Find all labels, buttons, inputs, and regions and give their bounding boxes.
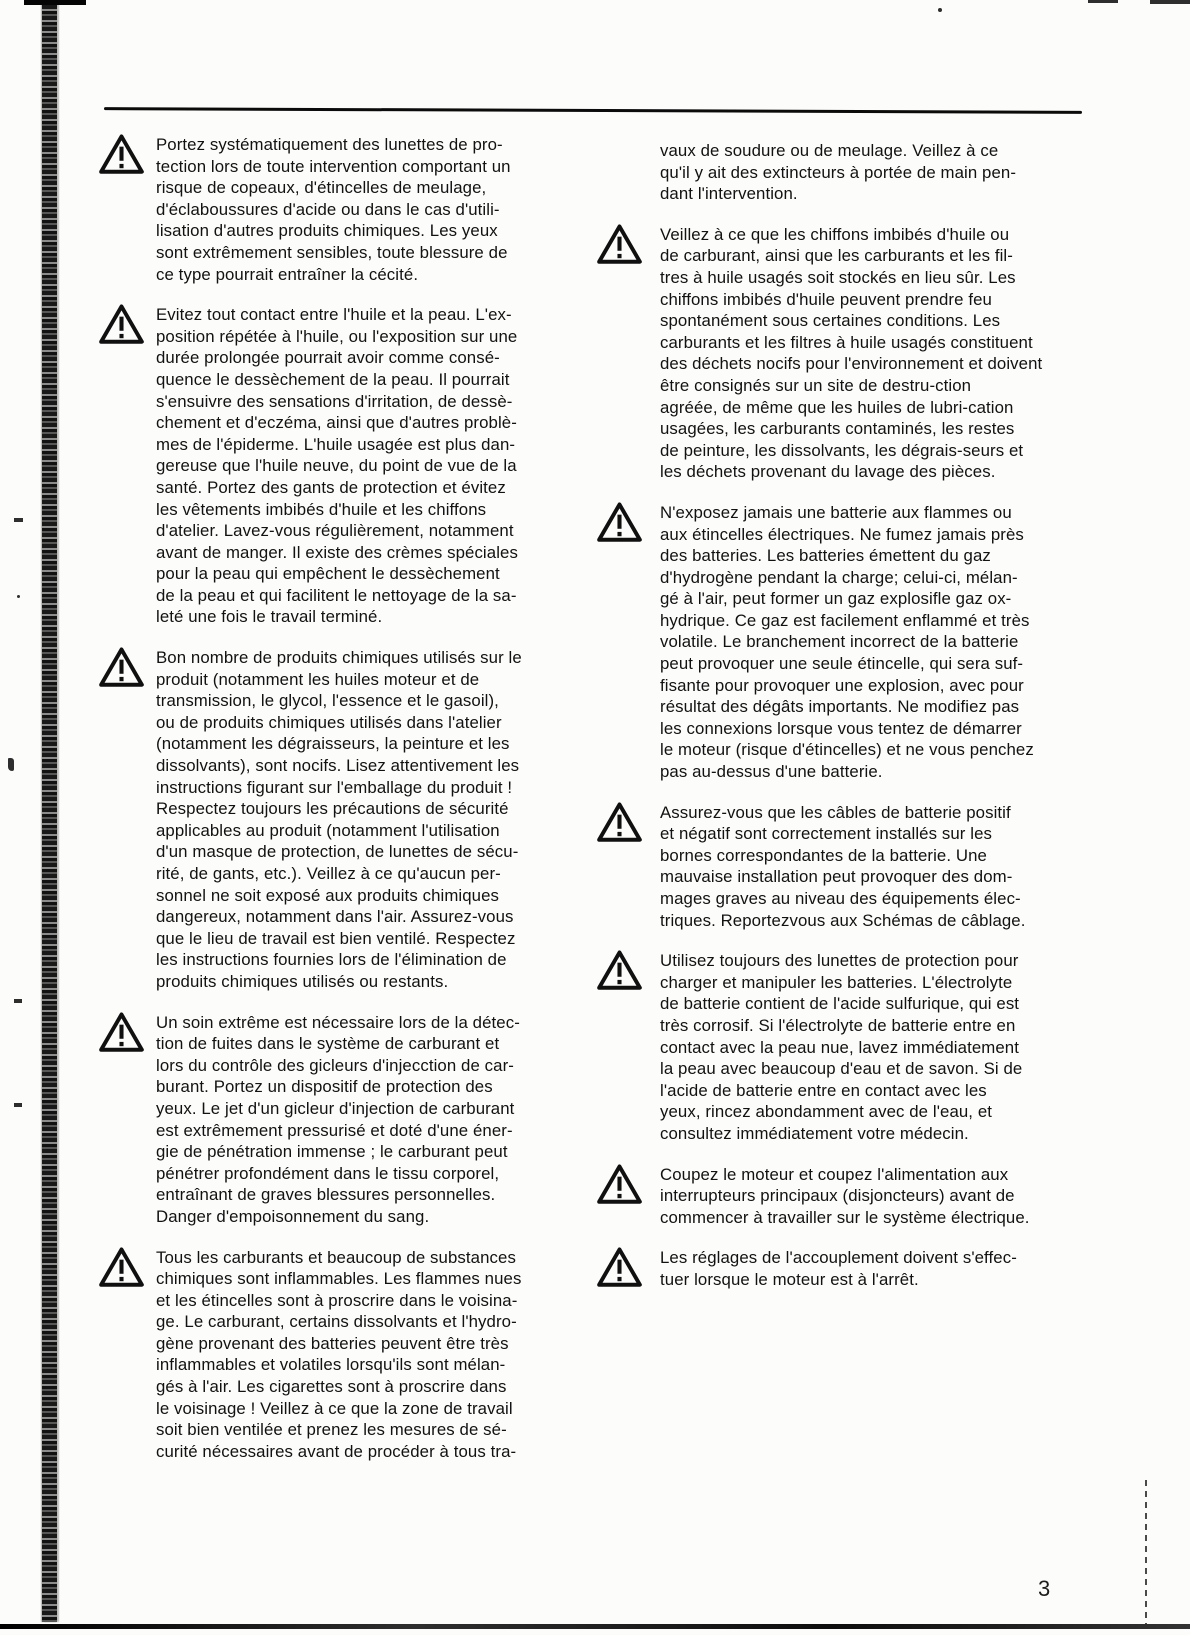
right-column: vaux de soudure ou de meulage. Veillez à… [596, 140, 1084, 1310]
paragraph-text: Evitez tout contact entre l'huile et la … [156, 304, 576, 628]
scan-artifact [1145, 1480, 1147, 1625]
warning-triangle-icon [98, 133, 145, 176]
scan-artifact [8, 758, 14, 771]
warning-paragraph: Utilisez toujours des lunettes de protec… [596, 950, 1084, 1144]
paragraph-text: N'exposez jamais une batterie aux flamme… [660, 502, 1084, 783]
warning-icon-cell [98, 1012, 156, 1054]
warning-triangle-icon [98, 646, 145, 689]
paragraph-text: Coupez le moteur et coupez l'alimentatio… [660, 1164, 1084, 1229]
warning-icon-cell [98, 1247, 156, 1289]
warning-paragraph: Un soin extrême est nécessaire lors de l… [98, 1012, 576, 1228]
warning-icon-cell [98, 304, 156, 346]
warning-paragraph: Les réglages de l'accouplement doivent s… [596, 1247, 1084, 1290]
scan-binding-edge [42, 0, 57, 1622]
warning-triangle-icon [596, 949, 643, 992]
warning-paragraph: N'exposez jamais une batterie aux flamme… [596, 502, 1084, 783]
header-rule [104, 107, 1082, 114]
warning-triangle-icon [98, 1011, 145, 1054]
warning-triangle-icon [596, 1246, 643, 1289]
footer-rule [0, 1624, 1190, 1629]
paragraph-text: Veillez à ce que les chiffons imbibés d'… [660, 224, 1084, 483]
scan-corner-mark [24, 0, 86, 5]
warning-triangle-icon [98, 303, 145, 346]
warning-paragraph: Coupez le moteur et coupez l'alimentatio… [596, 1164, 1084, 1229]
paragraph-text: vaux de soudure ou de meulage. Veillez à… [660, 140, 1084, 205]
warning-paragraph: Tous les carburants et beaucoup de subst… [98, 1247, 576, 1463]
scan-artifact [14, 518, 23, 522]
document-page: Portez systématiquement des lunettes de … [0, 0, 1190, 1635]
page-number: 3 [1038, 1576, 1050, 1602]
scan-artifact [14, 1103, 22, 1107]
scan-artifact [938, 8, 942, 12]
warning-icon-cell [596, 1164, 660, 1206]
warning-icon-cell [98, 647, 156, 689]
warning-triangle-icon [98, 1246, 145, 1289]
warning-triangle-icon [596, 801, 643, 844]
warning-icon-cell [596, 802, 660, 844]
scan-artifact [17, 595, 20, 598]
warning-paragraph: Portez systématiquement des lunettes de … [98, 134, 576, 285]
scan-artifact [1088, 0, 1118, 3]
warning-icon-cell [596, 950, 660, 992]
warning-triangle-icon [596, 223, 643, 266]
scan-artifact [14, 999, 22, 1003]
warning-icon-cell [596, 224, 660, 266]
paragraph-text: Tous les carburants et beaucoup de subst… [156, 1247, 576, 1463]
warning-icon-cell [98, 134, 156, 176]
warning-paragraph: Veillez à ce que les chiffons imbibés d'… [596, 224, 1084, 483]
warning-paragraph: Assurez-vous que les câbles de batterie … [596, 802, 1084, 932]
paragraph-text: Les réglages de l'accouplement doivent s… [660, 1247, 1084, 1290]
warning-icon-cell [596, 140, 660, 182]
warning-triangle-icon [596, 501, 643, 544]
paragraph-text: Utilisez toujours des lunettes de protec… [660, 950, 1084, 1144]
paragraph-text: Un soin extrême est nécessaire lors de l… [156, 1012, 576, 1228]
warning-triangle-icon [596, 1163, 643, 1206]
left-column: Portez systématiquement des lunettes de … [98, 134, 576, 1481]
warning-paragraph: vaux de soudure ou de meulage. Veillez à… [596, 140, 1084, 205]
warning-paragraph: Evitez tout contact entre l'huile et la … [98, 304, 576, 628]
warning-paragraph: Bon nombre de produits chimiques utilisé… [98, 647, 576, 993]
warning-icon-cell [596, 1247, 660, 1289]
paragraph-text: Assurez-vous que les câbles de batterie … [660, 802, 1084, 932]
paragraph-text: Portez systématiquement des lunettes de … [156, 134, 576, 285]
warning-icon-cell [596, 502, 660, 544]
paragraph-text: Bon nombre de produits chimiques utilisé… [156, 647, 576, 993]
scan-artifact [1150, 0, 1190, 4]
